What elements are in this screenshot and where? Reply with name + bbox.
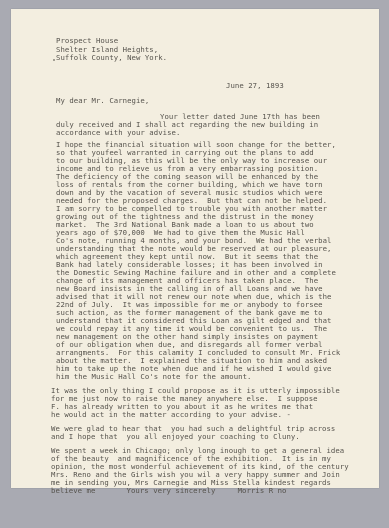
paragraph-line: accordance with your advise. [56,129,180,138]
letter-date: June 27, 1893 [226,82,284,91]
letter-body: Prospect House Shelter Island Heights, S… [11,9,29,500]
stray-ink-mark [53,59,55,61]
paragraph-line: he would act in the matter according to … [51,411,291,420]
address-line: Suffolk County, New York. [56,54,167,63]
signature-line: believe me Yours very sincerely Morris R… [51,487,286,496]
salutation: My dear Mr. Carnegie, [56,97,149,106]
letter-paper: Prospect House Shelter Island Heights, S… [11,9,379,488]
paragraph-line: him the Music Hall Co's note for the amo… [56,373,252,382]
paragraph-line: and I hope that you all enjoyed your coa… [51,433,300,442]
